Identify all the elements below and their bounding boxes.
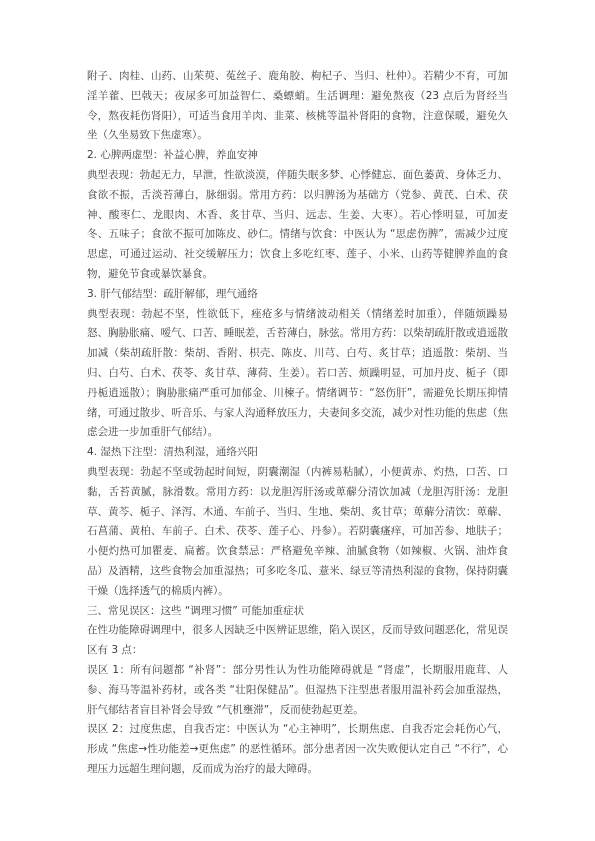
document-content: 附子、肉桂、山药、山茱萸、菟丝子、鹿角胶、枸杞子、当归、杜仲）。若精少不育，可加… — [87, 67, 508, 780]
paragraph: 典型表现：勃起不坚或勃起时间短，阴囊潮湿（内裤易粘腻），小便黄赤、灼热，口苦、口… — [87, 463, 508, 602]
paragraph: 误区 2：过度焦虑，自我否定：中医认为 “心主神明”，长期焦虑、自我否定会耗伤心… — [87, 720, 508, 779]
paragraph: 典型表现：勃起不坚，性欲低下，痤疮多与情绪波动相关（情绪差时加重），伴随烦躁易怒… — [87, 305, 508, 444]
section-heading: 4. 湿热下注型：清热利湿，通络兴阳 — [87, 443, 508, 463]
section-heading: 3. 肝气郁结型：疏肝解郁，理气通络 — [87, 285, 508, 305]
document-page: 附子、肉桂、山药、山茱萸、菟丝子、鹿角胶、枸杞子、当归、杜仲）。若精少不育，可加… — [0, 0, 595, 841]
paragraph: 典型表现：勃起无力，早泄，性欲淡漠，伴随失眠多梦、心悸健忘、面色萎黄、身体乏力、… — [87, 166, 508, 285]
paragraph: 在性功能障碍调理中，很多人因缺乏中医辨证思维，陷入误区，反而导致问题恶化，常见误… — [87, 621, 508, 661]
paragraph: 附子、肉桂、山药、山茱萸、菟丝子、鹿角胶、枸杞子、当归、杜仲）。若精少不育，可加… — [87, 67, 508, 146]
section-heading: 三、常见误区：这些 “调理习惯” 可能加重症状 — [87, 602, 508, 622]
section-heading: 2. 心脾两虚型：补益心脾，养血安神 — [87, 146, 508, 166]
paragraph: 误区 1：所有问题都 “补肾”：部分男性认为性功能障碍就是 “肾虚”，长期服用鹿… — [87, 661, 508, 720]
